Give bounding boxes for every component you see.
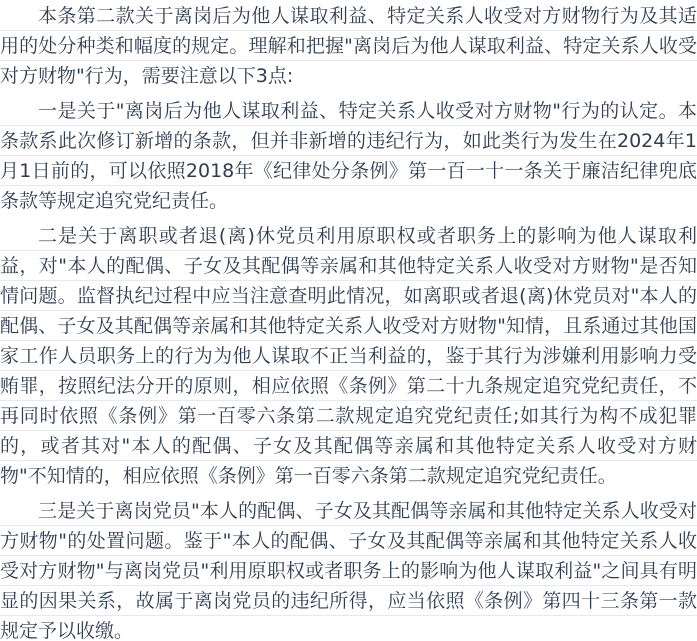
intro-paragraph: 本条第二款关于离岗后为他人谋取利益、特定关系人收受对方财物行为及其适用的处分种类…	[0, 1, 697, 91]
point-3-paragraph: 三是关于离岗党员"本人的配偶、子女及其配偶等亲属和其他特定关系人收受对方财物"的…	[0, 496, 697, 641]
point-1-paragraph: 一是关于"离岗后为他人谋取利益、特定关系人收受对方财物"行为的认定。本条款系此次…	[0, 96, 697, 216]
article-body: 本条第二款关于离岗后为他人谋取利益、特定关系人收受对方财物行为及其适用的处分种类…	[0, 0, 697, 641]
point-2-paragraph: 二是关于离职或者退(离)休党员利用原职权或者职务上的影响为他人谋取利益，对"本人…	[0, 221, 697, 491]
